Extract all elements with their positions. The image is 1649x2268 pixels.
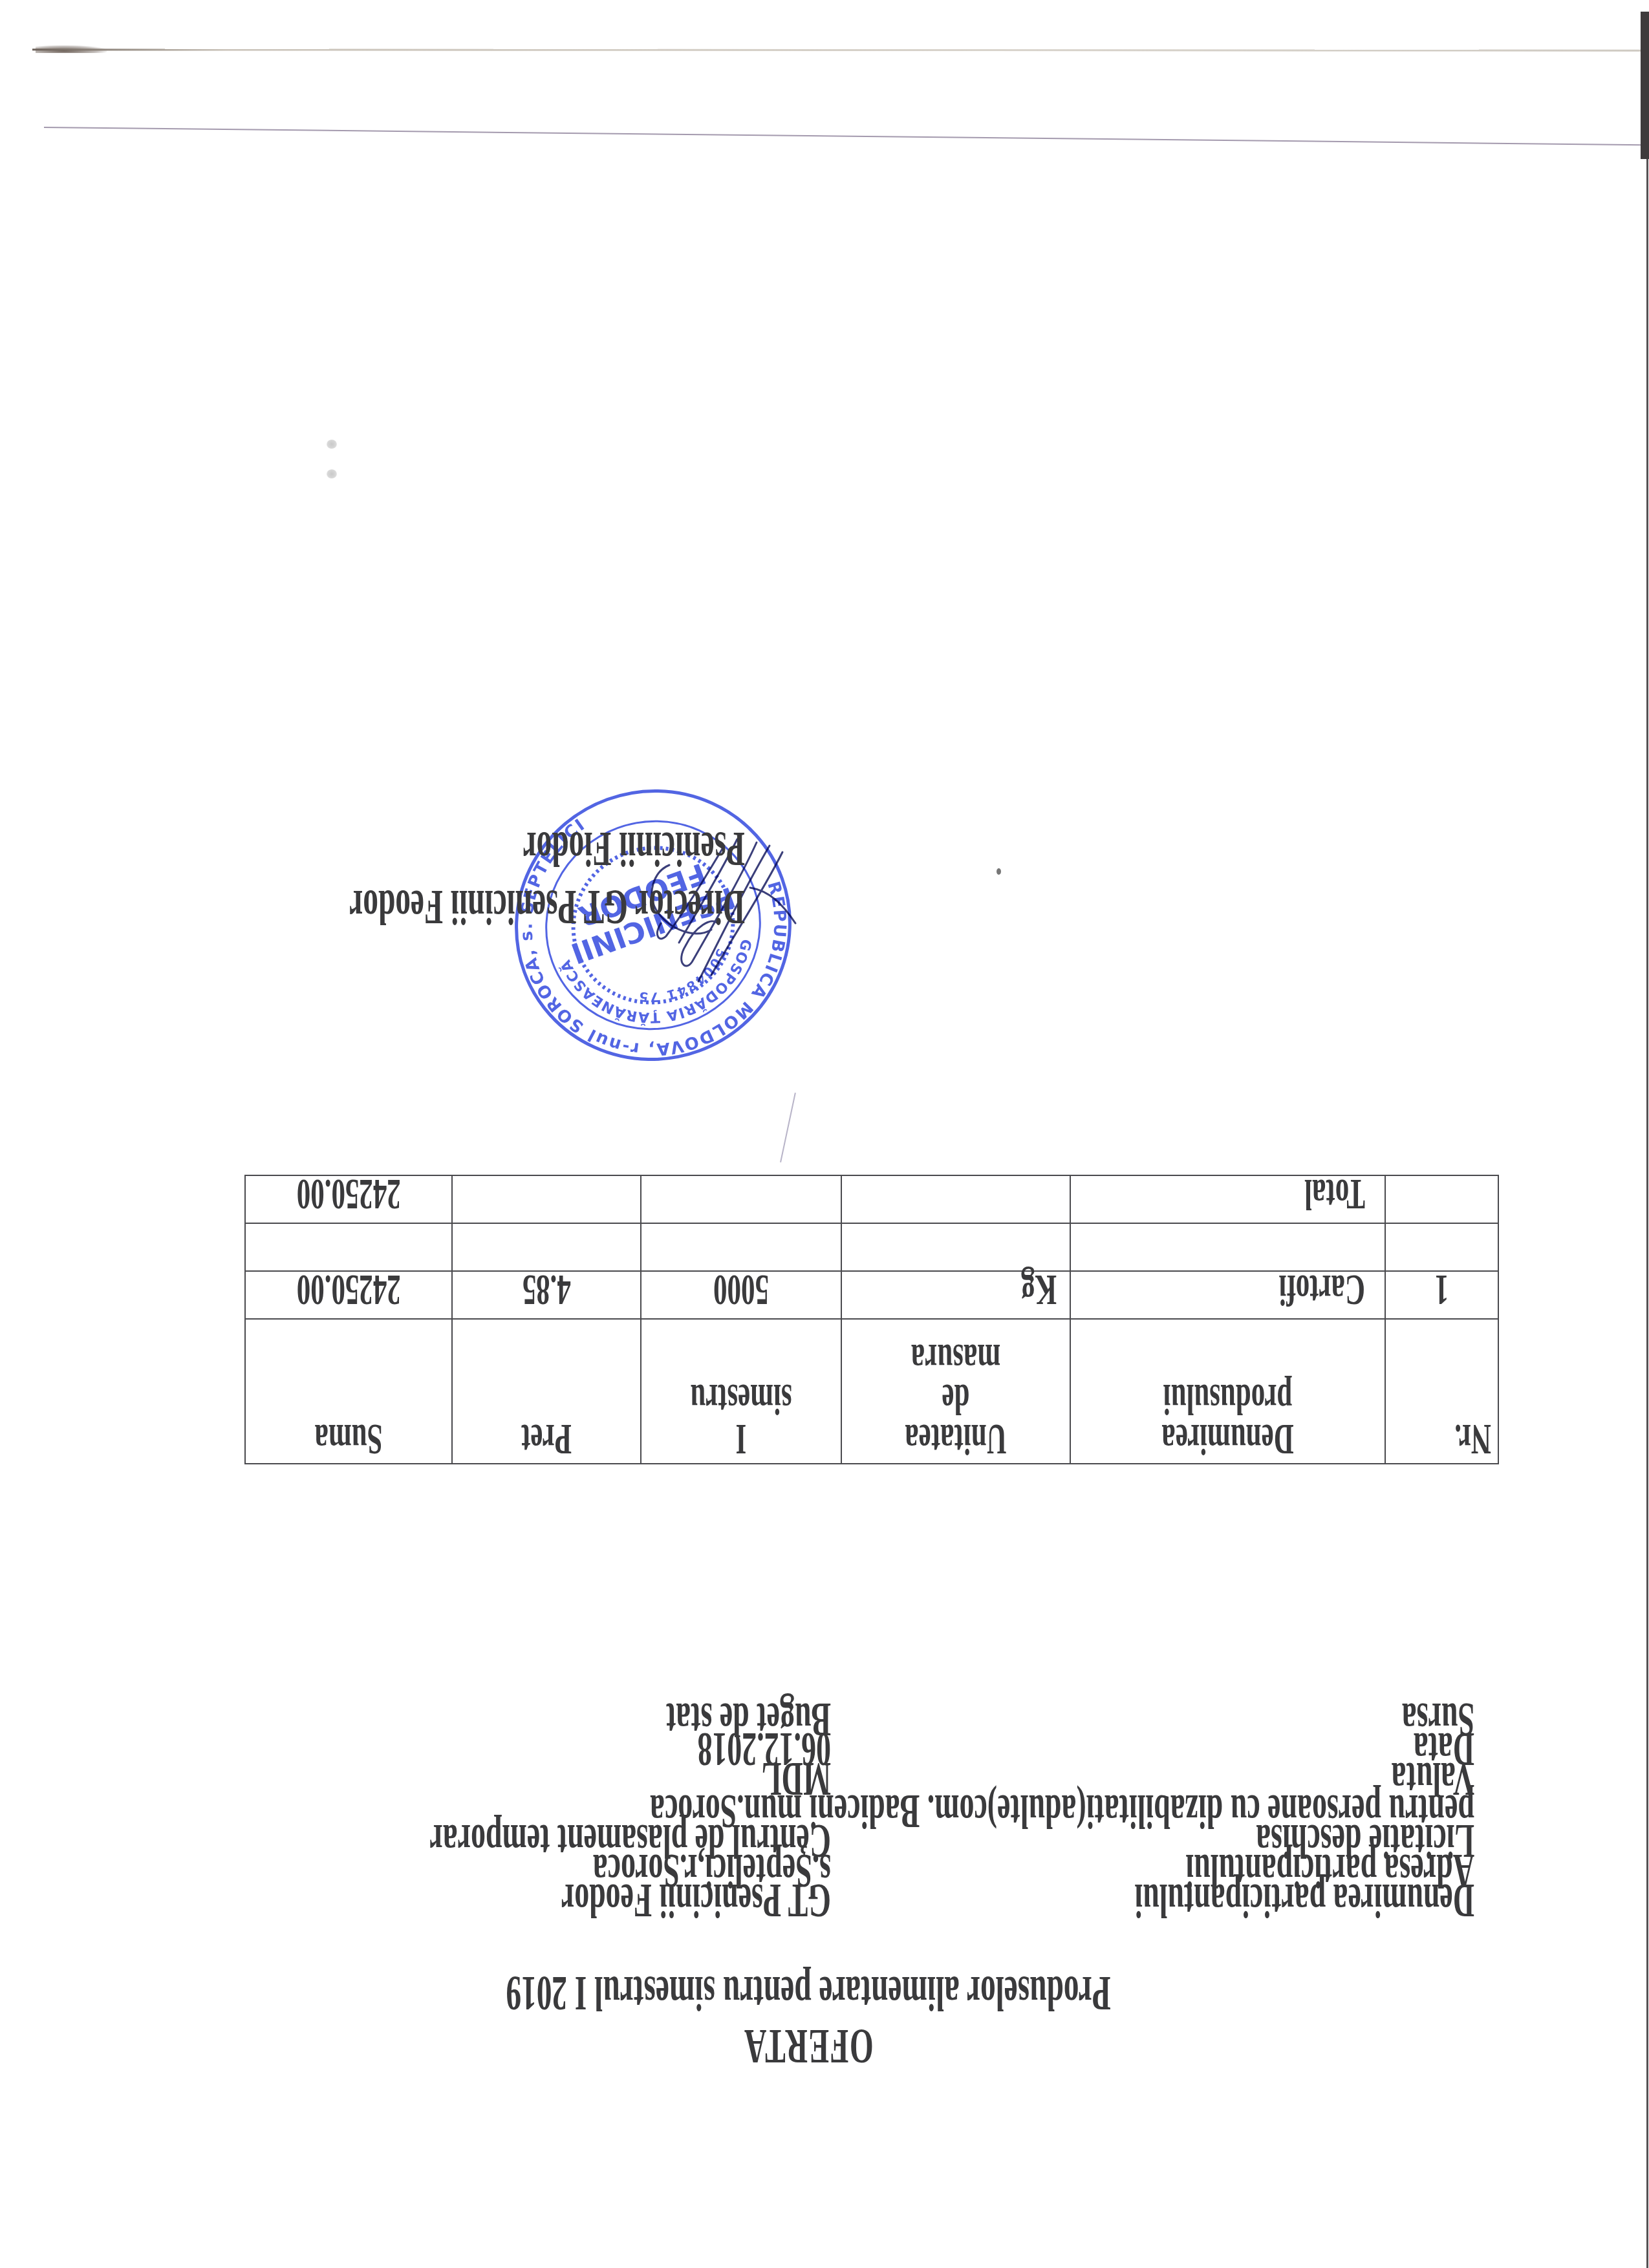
cell-sum: 24250.00	[245, 1271, 452, 1319]
total-sum-text: 24250.00	[297, 1170, 401, 1221]
cell-quantity: 5000	[641, 1271, 841, 1319]
table-row: 1 Cartofi Kg 5000 4.85 24250.00	[245, 1271, 1498, 1319]
cell-text: 1	[1435, 1265, 1449, 1316]
total-label-text: Total	[1304, 1170, 1365, 1221]
header-text: Pret	[482, 1416, 611, 1463]
table-total-row: Total 24250.00	[245, 1175, 1498, 1223]
table-header-row: Nr. Denumirea produsului Unitatea de mas…	[245, 1319, 1498, 1464]
header-sum: Suma	[245, 1319, 452, 1464]
header-product: Denumirea produsului	[1070, 1319, 1385, 1464]
document-subtitle: Produselor alimentare pentru simestrul I…	[0, 1973, 1649, 2021]
cell-nr	[1385, 1175, 1498, 1223]
cell-quantity	[641, 1223, 841, 1271]
header-text: simestru	[672, 1376, 810, 1423]
ink-stroke	[780, 1093, 796, 1162]
info-value: Buget de stat	[666, 1691, 831, 1746]
cell-price	[452, 1223, 641, 1271]
cell-nr	[1385, 1223, 1498, 1271]
total-label: Total	[1070, 1175, 1385, 1223]
cell-nr: 1	[1385, 1271, 1498, 1319]
document-subtitle-text: Produselor alimentare pentru simestrul I…	[506, 1965, 1110, 2021]
ink-dot	[997, 868, 1001, 875]
signatory-name-text: Psenicinii Fiodor	[523, 820, 745, 877]
header-nr: Nr.	[1385, 1319, 1498, 1464]
header-quantity: I simestru	[641, 1319, 841, 1464]
offer-table: Nr. Denumirea produsului Unitatea de mas…	[244, 1175, 1499, 1464]
cell-text: 5000	[713, 1265, 769, 1316]
cell-quantity	[641, 1175, 841, 1223]
cell-text: Cartofi	[1279, 1265, 1365, 1316]
header-text: produsului	[1116, 1376, 1339, 1423]
header-unit: Unitatea de masura	[841, 1319, 1070, 1464]
cell-unit	[841, 1175, 1070, 1223]
document-title: OFERTA	[0, 2026, 1649, 2074]
cell-text: Kg	[1021, 1265, 1057, 1316]
document-title-text: OFERTA	[743, 2018, 873, 2074]
cell-text: 4.85	[522, 1265, 570, 1316]
cell-unit	[841, 1223, 1070, 1271]
cell-product: Cartofi	[1070, 1271, 1385, 1319]
cell-price	[452, 1175, 641, 1223]
header-text: Suma	[277, 1416, 420, 1463]
signatory-name: Psenicinii Fiodor	[445, 829, 745, 877]
signatory-title-text: Director GT Psenicinii Feodor	[349, 879, 745, 935]
cell-sum	[245, 1223, 452, 1271]
cell-unit: Kg	[841, 1271, 1070, 1319]
cell-text: 24250.00	[297, 1265, 401, 1316]
table-row	[245, 1223, 1498, 1271]
header-price: Pret	[452, 1319, 641, 1464]
info-label: Sursa	[1402, 1691, 1474, 1746]
cell-price: 4.85	[452, 1271, 641, 1319]
header-text: masura	[876, 1336, 1035, 1383]
document-page: OFERTA Produselor alimentare pentru sime…	[0, 0, 1649, 2268]
header-text: Nr.	[1418, 1416, 1491, 1463]
signatory-title: Director GT Psenicinii Feodor	[210, 887, 745, 935]
total-sum: 24250.00	[245, 1175, 452, 1223]
cell-product	[1070, 1223, 1385, 1271]
